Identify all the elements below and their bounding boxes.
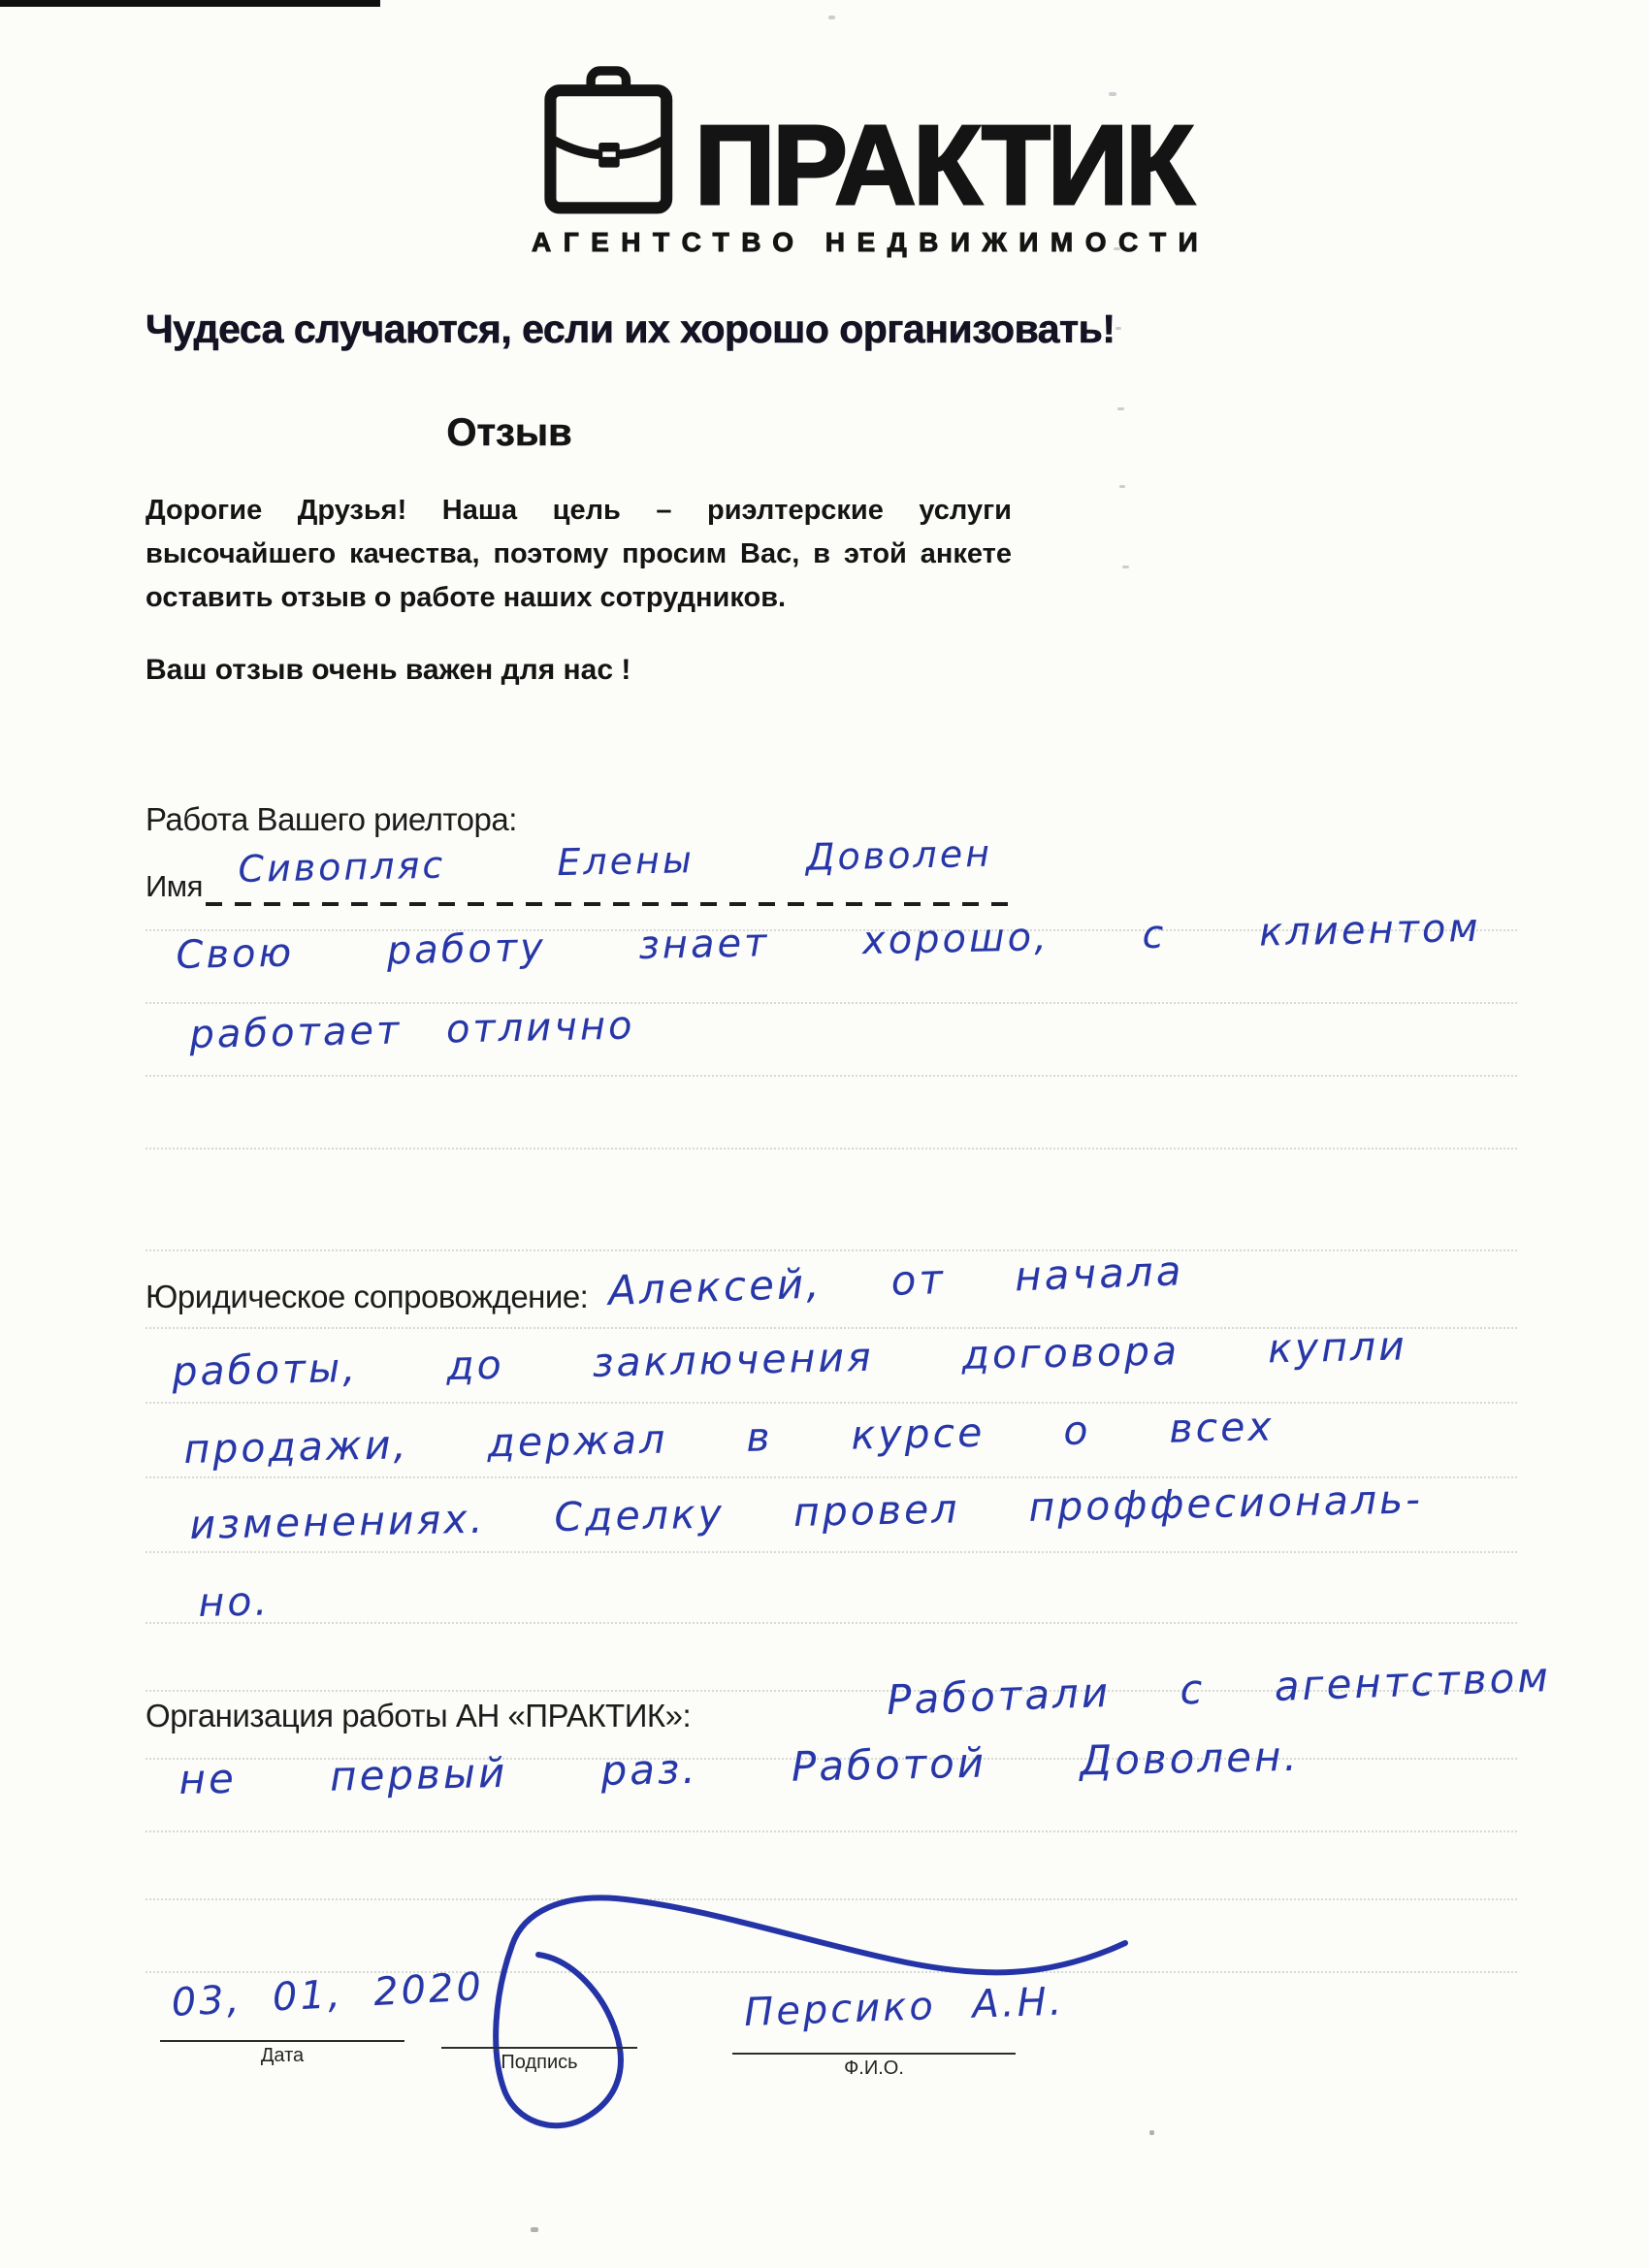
brand-subtitle: АГЕНТСТВО НЕДВИЖИМОСТИ: [532, 227, 1201, 258]
ruled-line: [145, 1249, 1517, 1251]
handwritten-legal-review-line: изменениях. Сделку провел проффесиональ-: [189, 1475, 1423, 1548]
intro-paragraph: Дорогие Друзья! Наша цель – риэлтерские …: [145, 489, 1012, 621]
ruled-line: [145, 1002, 1517, 1004]
handwritten-legal-review-line: но.: [198, 1577, 271, 1626]
importance-note: Ваш отзыв очень важен для нас !: [145, 654, 630, 687]
ruled-line: [145, 1551, 1517, 1553]
handwritten-realtor-name: Сивопляс Елены Доволен: [238, 832, 992, 891]
name-field-label: Имя: [145, 869, 203, 904]
handwritten-realtor-review-line: работает отлично: [189, 1003, 635, 1057]
fio-label: Ф.И.О.: [732, 2057, 1016, 2080]
scan-artifact-top-edge: [0, 0, 380, 7]
handwritten-legal-review-line: продажи, держал в курсе о всех: [183, 1403, 1275, 1473]
scan-speck: [1115, 327, 1121, 330]
brand-name: ПРАКТИК: [695, 113, 1191, 217]
organization-section-label: Организация работы АН «ПРАКТИК»:: [145, 1698, 691, 1734]
scan-speck: [1122, 566, 1129, 568]
scan-speck: [828, 16, 835, 19]
review-title: Отзыв: [78, 411, 941, 455]
handwritten-signature: [407, 1799, 1145, 2154]
handwritten-organization-review-line: Работали с агентством: [886, 1653, 1551, 1724]
ruled-line: [145, 1148, 1517, 1150]
handwritten-legal-review-line: Алексей, от начала: [607, 1247, 1184, 1314]
scan-speck: [1117, 407, 1124, 410]
signature-line: [441, 2047, 637, 2049]
ruled-line: [145, 1075, 1517, 1077]
fio-line: [732, 2053, 1016, 2055]
legal-section-label: Юридическое сопровождение:: [145, 1279, 588, 1315]
ruled-line: [145, 1402, 1517, 1404]
briefcase-icon: [541, 64, 685, 217]
headline: Чудеса случаются, если их хорошо организ…: [145, 307, 1012, 352]
handwritten-realtor-review-line: Свою работу знает хорошо, с клиентом: [176, 906, 1481, 978]
agency-logo: ПРАКТИК АГЕНТСТВО НЕДВИЖИМОСТИ: [532, 64, 1201, 258]
handwritten-legal-review-line: работы, до заключения договора купли: [172, 1322, 1407, 1395]
scanned-feedback-form: ПРАКТИК АГЕНТСТВО НЕДВИЖИМОСТИ Чудеса сл…: [0, 0, 1649, 2268]
scan-speck: [1149, 2130, 1154, 2135]
date-line: [160, 2040, 404, 2042]
handwritten-organization-review-line: не первый раз. Работой Доволен.: [178, 1733, 1300, 1803]
signature-label: Подпись: [441, 2052, 637, 2074]
realtor-section-label: Работа Вашего риелтора:: [145, 801, 517, 838]
scan-speck: [531, 2227, 538, 2232]
ruled-line: [145, 1622, 1517, 1624]
name-field-dashed-line: [206, 902, 1013, 906]
scan-speck: [1119, 485, 1125, 488]
date-label: Дата: [160, 2045, 404, 2067]
